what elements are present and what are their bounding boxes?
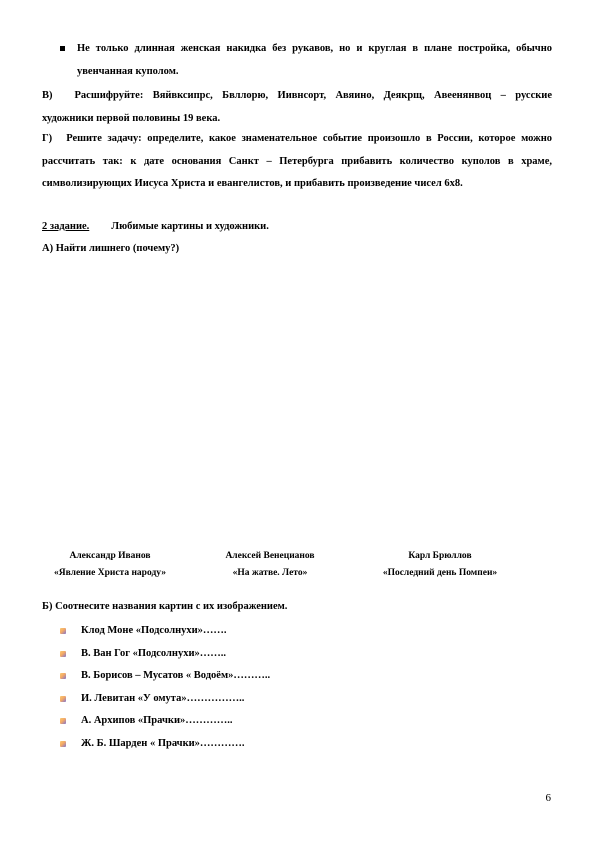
task-b-heading: Б) Соотнесите названия картин с их изобр…	[42, 596, 287, 618]
section-2-number: 2 задание.	[42, 221, 89, 232]
bullet-icon	[60, 628, 66, 634]
task-g-label: Г)	[42, 128, 52, 151]
painting-title: «Явление Христа народу»	[30, 565, 190, 582]
task-v-label: В)	[42, 85, 53, 108]
task-a-heading: А) Найти лишнего (почему?)	[42, 238, 179, 260]
painting-caption-3: Карл Брюллов «Последний день Помпеи»	[355, 548, 525, 582]
bullet-icon	[60, 651, 66, 657]
task-v-paragraph: В)Расшифруйте: Вяйвксипрс, Бвллорю, Иивн…	[42, 85, 552, 130]
definition-text: Не только длинная женская накидка без ру…	[77, 38, 552, 83]
painting-artist: Карл Брюллов	[355, 548, 525, 565]
painting-artist: Александр Иванов	[30, 548, 190, 565]
task-g-paragraph: Г)Решите задачу: определите, какое знаме…	[42, 128, 552, 196]
bullet-icon	[60, 673, 66, 679]
task-v-keyword: Расшифруйте	[75, 90, 140, 101]
painting-caption-2: Алексей Венецианов «На жатве. Лето»	[190, 548, 350, 582]
square-bullet-icon	[60, 46, 65, 51]
section-2-title: Любимые картины и художники.	[111, 221, 269, 232]
section-2-heading: 2 задание.Любимые картины и художники.	[42, 216, 269, 238]
bullet-icon	[60, 696, 66, 702]
task-g-keyword: Решите задачу	[66, 133, 138, 144]
bullet-icon	[60, 718, 66, 724]
painting-title: «Последний день Помпеи»	[355, 565, 525, 582]
painting-artist: Алексей Венецианов	[190, 548, 350, 565]
painting-caption-1: Александр Иванов «Явление Христа народу»	[30, 548, 190, 582]
painting-title: «На жатве. Лето»	[190, 565, 350, 582]
bullet-icon	[60, 741, 66, 747]
page-number: 6	[546, 792, 552, 804]
